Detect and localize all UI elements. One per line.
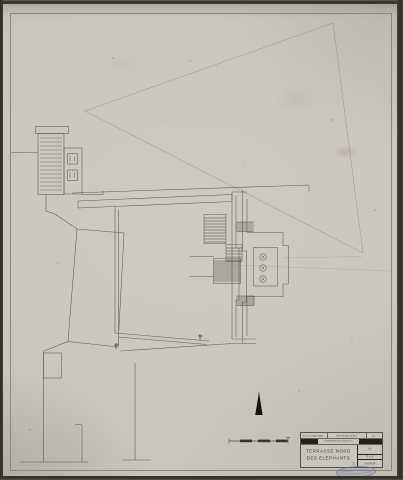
photo-edge-bottom: [0, 476, 403, 480]
reference-cell: No: [368, 448, 371, 451]
title-block-reference-column: No E.I.I.6 ANGKOR: [357, 445, 382, 467]
header-cell: No: [373, 434, 376, 436]
photo-edge-top: [0, 0, 403, 4]
agency-label: CONSERVATION D'ANGKOR: [324, 440, 353, 442]
drawing-title: TERRASSE NORD DES ELEPHANTS ʒ: [301, 445, 357, 467]
reference-cell: ANGKOR: [364, 462, 375, 465]
drawing-title-line2: DES ELEPHANTS: [307, 457, 351, 461]
scanned-plan-photo: ECOLE FRANCAISE D'EXTREME-ORIENT No CONS…: [0, 0, 403, 480]
header-cell: D'EXTREME-ORIENT: [336, 434, 357, 436]
drawing-title-line1: TERRASSE NORD: [306, 450, 351, 454]
title-block: ECOLE FRANCAISE D'EXTREME-ORIENT No CONS…: [300, 432, 383, 468]
handwritten-mark: ʒ: [353, 462, 355, 466]
header-cell: ECOLE FRANCAISE: [303, 434, 323, 436]
photo-edge-right: [397, 0, 403, 480]
reference-cell: E.I.I.6: [366, 456, 373, 459]
black-bar: [359, 439, 382, 444]
photo-edge-left: [0, 0, 3, 480]
black-bar: [301, 439, 318, 444]
sheet-border-line: [10, 13, 392, 471]
